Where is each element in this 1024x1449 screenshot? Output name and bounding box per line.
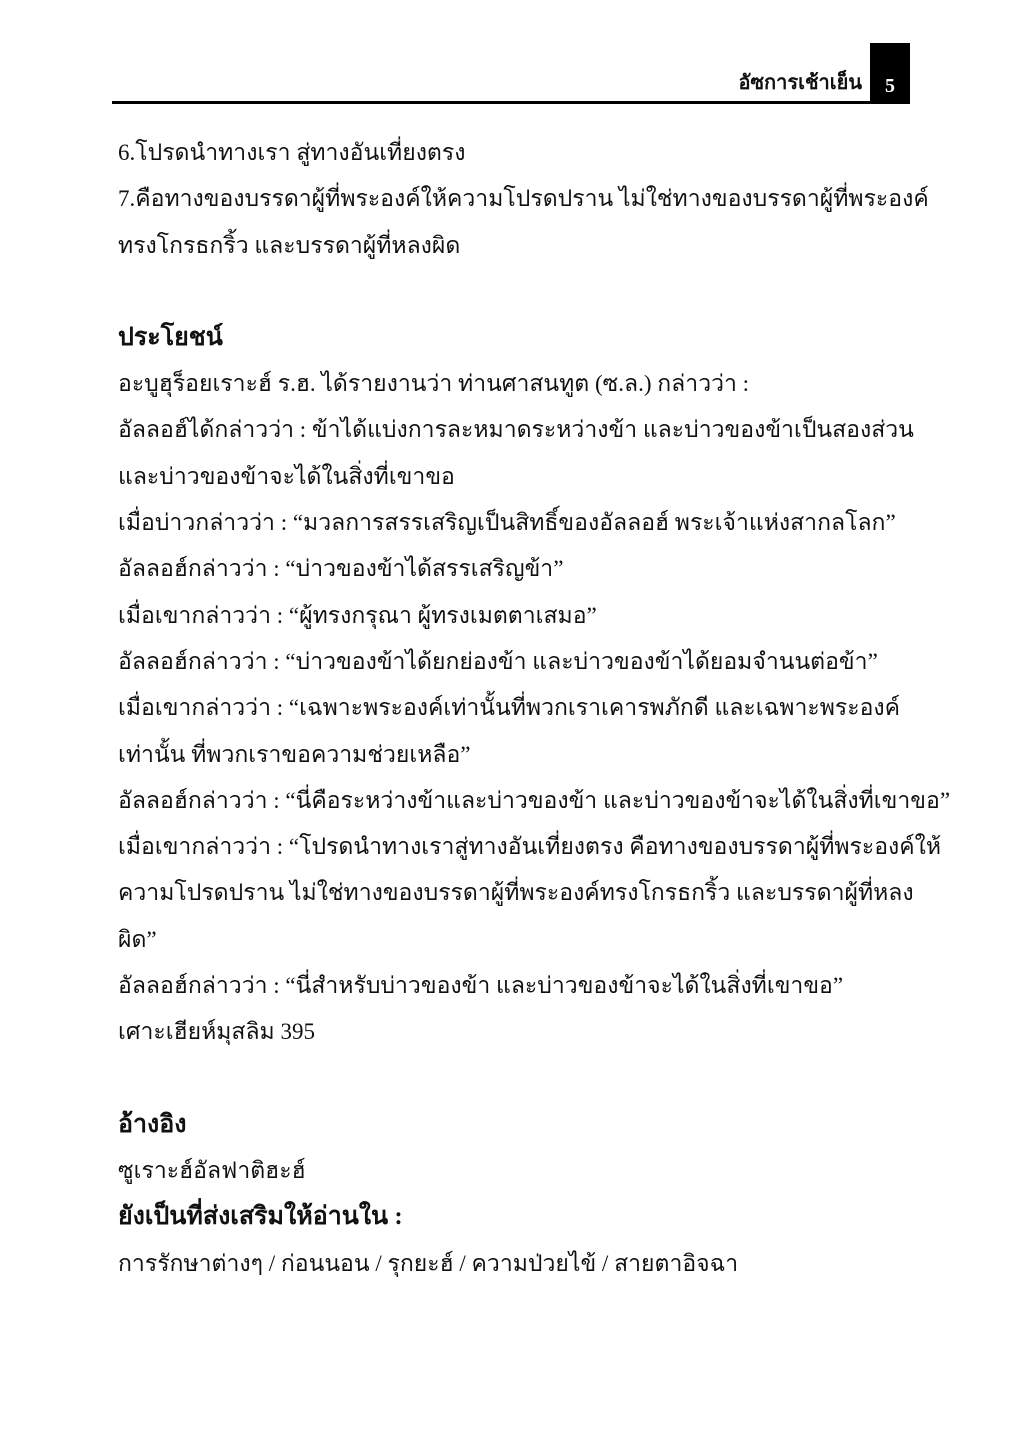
verse-line: 7.คือทางของบรรดาผู้ที่พระองค์ให้ความโปรด… bbox=[118, 176, 918, 222]
verse-line: 6.โปรดนำทางเรา สู่ทางอันเที่ยงตรง bbox=[118, 130, 918, 176]
benefit-line: เมื่อบ่าวกล่าวว่า : “มวลการสรรเสริญเป็นส… bbox=[118, 500, 918, 546]
verse-line: ทรงโกรธกริ้ว และบรรดาผู้ที่หลงผิด bbox=[118, 223, 918, 269]
benefit-line: อัลลอฮ์กล่าวว่า : “นี่คือระหว่างข้าและบ่… bbox=[118, 778, 918, 824]
benefit-line: เมื่อเขากล่าวว่า : “โปรดนำทางเราสู่ทางอั… bbox=[118, 824, 918, 870]
benefit-line: เท่านั้น ที่พวกเราขอความช่วยเหลือ” bbox=[118, 732, 918, 778]
page-number: 5 bbox=[870, 43, 910, 104]
benefit-line: อัลลอฮ์กล่าวว่า : “บ่าวของข้าได้ยกย่องข้… bbox=[118, 639, 918, 685]
reference-source: ซูเราะฮ์อัลฟาติฮะฮ์ bbox=[118, 1148, 918, 1194]
book-title: อัซการเช้าเย็น bbox=[738, 69, 862, 97]
benefit-line: และบ่าวของข้าจะได้ในสิ่งที่เขาขอ bbox=[118, 454, 918, 500]
spacer bbox=[118, 1056, 918, 1102]
also-recommended-list: การรักษาต่างๆ / ก่อนนอน / รุกยะฮ์ / ความ… bbox=[118, 1241, 918, 1287]
benefit-line: อะบูฮุร็อยเราะฮ์ ร.ฮ. ได้รายงานว่า ท่านศ… bbox=[118, 361, 918, 407]
page-header: อัซการเช้าเย็น 5 bbox=[112, 43, 910, 104]
benefit-line: ผิด” bbox=[118, 917, 918, 963]
benefit-line: อัลลอฮ์กล่าวว่า : “บ่าวของข้าได้สรรเสริญ… bbox=[118, 546, 918, 592]
section-heading-also-recommended: ยังเป็นที่ส่งเสริมให้อ่านใน : bbox=[118, 1194, 918, 1240]
page-body: 6.โปรดนำทางเรา สู่ทางอันเที่ยงตรง 7.คือท… bbox=[118, 130, 918, 1287]
benefit-line: เมื่อเขากล่าวว่า : “ผู้ทรงกรุณา ผู้ทรงเม… bbox=[118, 593, 918, 639]
benefit-line: อัลลอฮ์ได้กล่าวว่า : ข้าได้แบ่งการละหมาด… bbox=[118, 407, 918, 453]
header-divider bbox=[112, 101, 910, 104]
hadith-citation: เศาะเฮียห์มุสลิม 395 bbox=[118, 1009, 918, 1055]
section-heading-reference: อ้างอิง bbox=[118, 1102, 918, 1148]
benefit-line: เมื่อเขากล่าวว่า : “เฉพาะพระองค์เท่านั้น… bbox=[118, 685, 918, 731]
section-heading-benefit: ประโยชน์ bbox=[118, 315, 918, 361]
benefit-line: อัลลอฮ์กล่าวว่า : “นี่สำหรับบ่าวของข้า แ… bbox=[118, 963, 918, 1009]
benefit-line: ความโปรดปราน ไม่ใช่ทางของบรรดาผู้ที่พระอ… bbox=[118, 870, 918, 916]
spacer bbox=[118, 269, 918, 315]
